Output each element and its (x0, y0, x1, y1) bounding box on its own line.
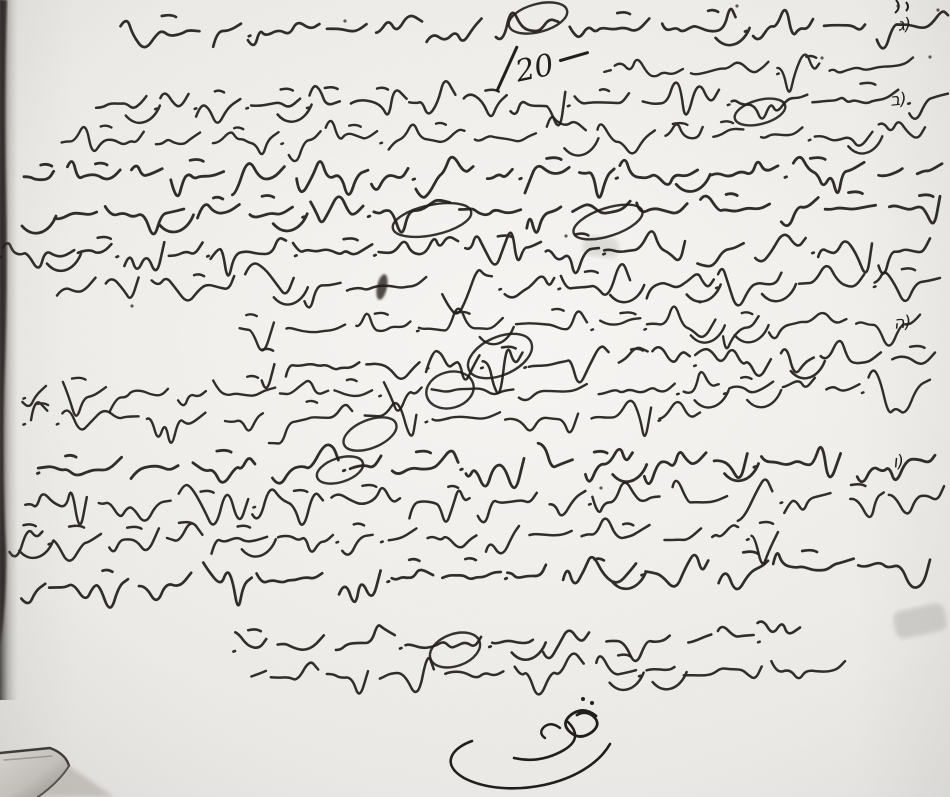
ink-speck (343, 19, 346, 22)
ink-speck (735, 4, 738, 7)
ink-speck (936, 8, 939, 11)
manuscript-page: ג)ב)ה)ו)20 (0, 0, 950, 797)
manuscript-svg: ג)ב)ה)ו)20 (0, 0, 950, 797)
section-marker: ו) (892, 451, 905, 472)
section-marker: ג) (897, 14, 913, 35)
ink-speck (599, 486, 602, 489)
ink-speck (820, 56, 823, 59)
binding-edge (0, 0, 18, 700)
ink-speck (928, 55, 931, 58)
ink-speck (130, 304, 133, 307)
ink-speck (564, 234, 567, 237)
section-marker: ב) (889, 89, 907, 111)
section-marker: ה) (893, 312, 913, 334)
